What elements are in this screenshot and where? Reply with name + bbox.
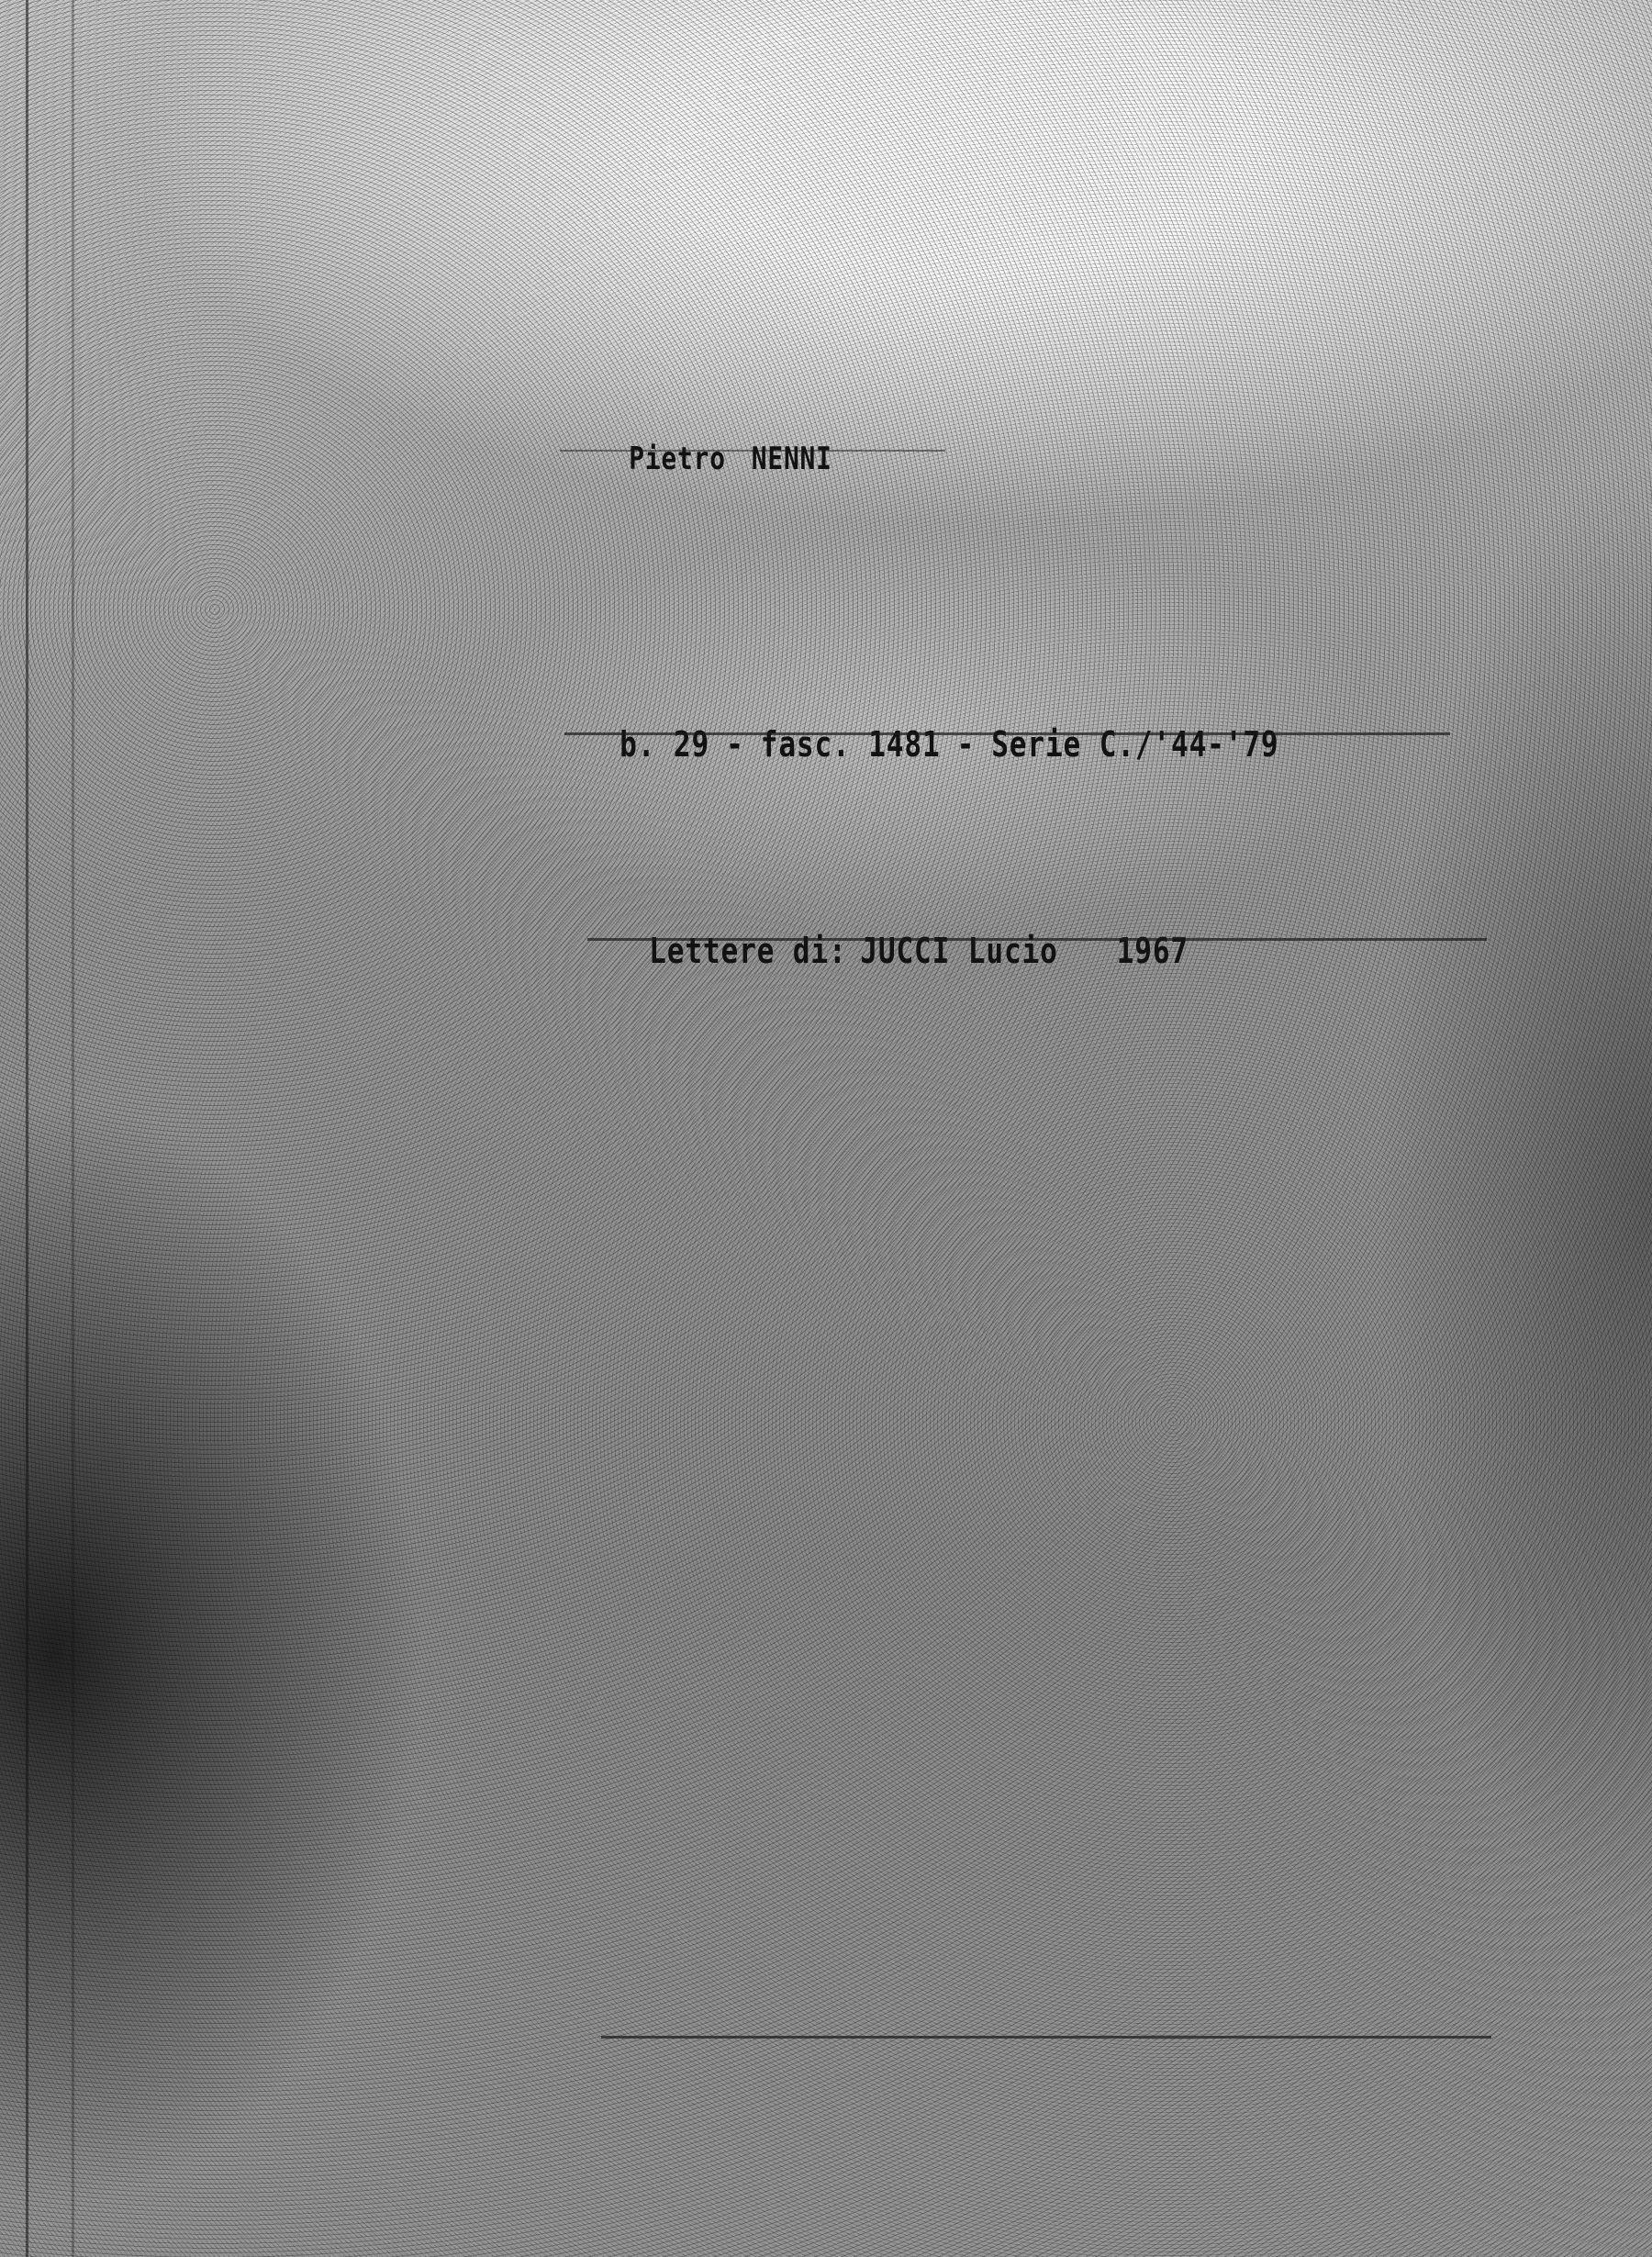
separator: - [957,724,976,765]
reference-underline [564,732,1450,735]
surname: NENNI [752,441,832,477]
name-underline [560,450,945,452]
letters-label: Lettere di: [649,931,846,971]
first-name: Pietro [629,441,726,477]
busta-number: b. 29 [619,724,709,765]
photocopy-grain [0,0,1652,2257]
letters-underline [587,938,1487,941]
archive-reference-line: b. 29-fasc. 1481-Serie C./'44-'79 [584,684,1278,765]
binding-edge-line [72,0,74,2257]
fascicolo-number: fasc. 1481 [761,724,941,765]
serie-label: Serie C./'44-'79 [991,724,1278,765]
owner-name-line: PietroNENNI [597,404,832,477]
letters-line: Lettere di:JUCCI Lucio1967 [613,890,1189,971]
letters-year: 1967 [1117,931,1189,971]
binding-edge-line [26,0,28,2257]
bottom-rule [601,2036,1491,2039]
separator: - [726,724,744,765]
correspondent-name: JUCCI Lucio [860,931,1057,971]
